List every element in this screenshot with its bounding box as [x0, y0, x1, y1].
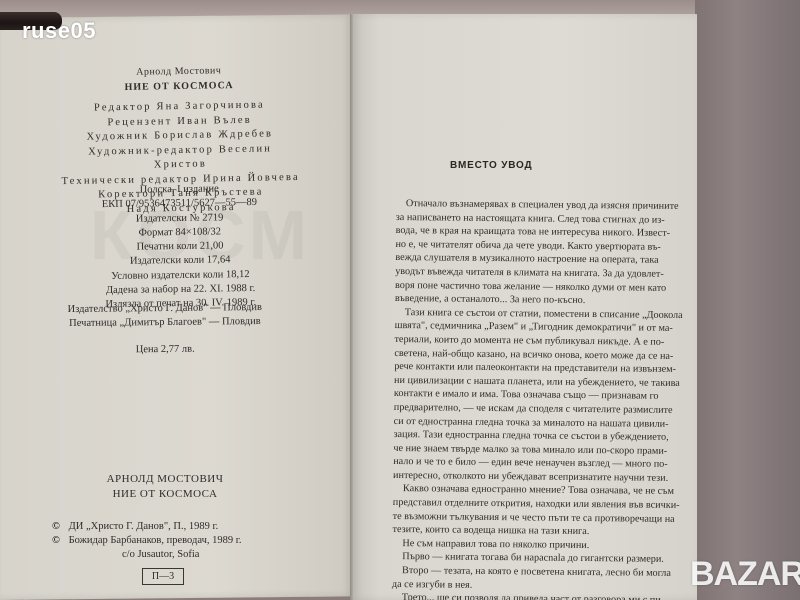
imprint-block: Полска, I издание ЕКП 07/9536473511/5627… [59, 181, 301, 313]
watermark-bottom: BAZAR [690, 555, 800, 594]
copyright-agent: c/o Jusautor, Sofia [52, 548, 272, 562]
copyright-text: ДИ „Христо Г. Данов", П., 1989 г. [69, 521, 219, 532]
classification-code: П—3 [142, 568, 184, 585]
bottom-author: АРНОЛД МОСТОВИЧ [50, 472, 280, 487]
copyright-icon: © [52, 534, 66, 548]
chapter-body: Отначало възнамерявах в специален увод д… [392, 197, 666, 600]
watermark-top: ruse05 [22, 18, 96, 44]
copyright-icon: © [52, 520, 66, 534]
printer-line: Печатница „Димитър Благоев" — Пловдив [60, 315, 270, 331]
price: Цена 2,77 лв. [60, 342, 270, 358]
copyright-block: © ДИ „Христо Г. Данов", П., 1989 г. © Бо… [52, 520, 272, 562]
chapter-heading: ВМЕСТО УВОД [450, 160, 532, 171]
bottom-title: НИЕ ОТ КОСМОСА [50, 487, 280, 502]
credits-title: НИЕ ОТ КОСМОСА [59, 77, 299, 96]
copyright-text: Божидар Барбанаков, преводач, 1989 г. [69, 535, 242, 546]
publisher-block: Издателство „Христо Г. Данов" — Пловдив … [60, 301, 271, 358]
bottom-title-block: АРНОЛД МОСТОВИЧ НИЕ ОТ КОСМОСА [50, 472, 280, 502]
book-spine [350, 14, 353, 600]
credit-line: Художник-редактор Веселин Христов [60, 141, 300, 174]
table-surface-right [695, 0, 800, 600]
copyright-line: © Божидар Барбанаков, преводач, 1989 г. [52, 534, 272, 548]
copyright-line: © ДИ „Христо Г. Данов", П., 1989 г. [52, 520, 272, 534]
